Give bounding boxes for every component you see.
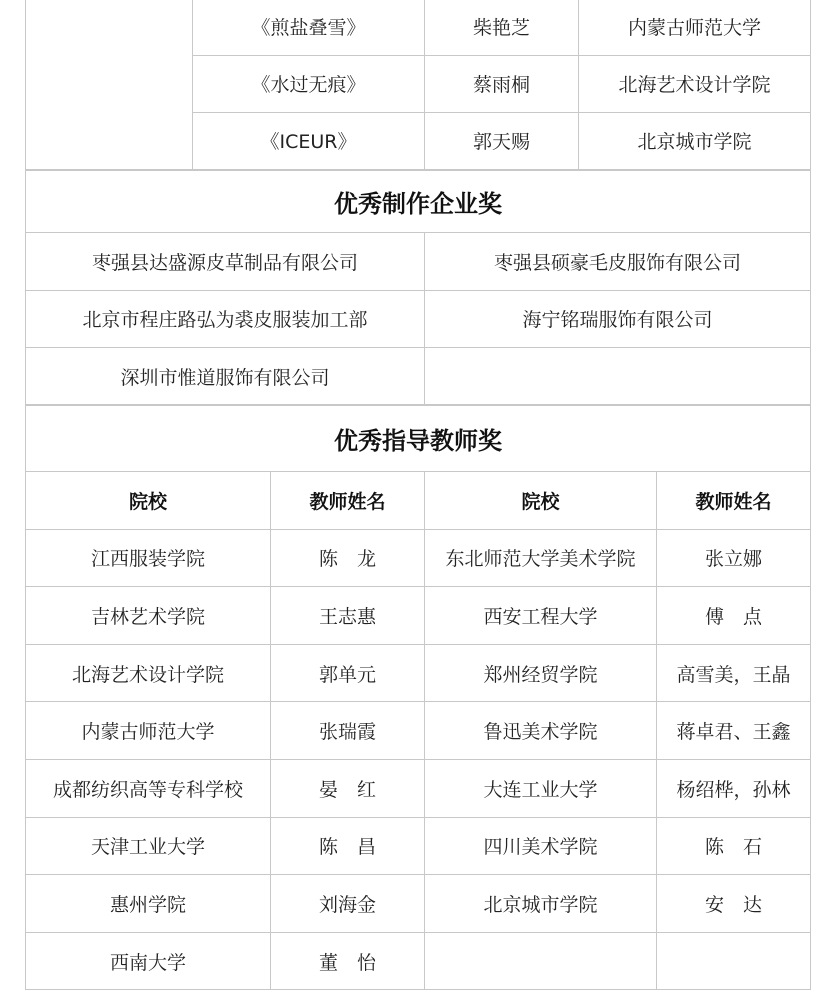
teacher-cell: 安 达 — [657, 875, 811, 933]
company-cell: 北京市程庄路弘为裘皮服装加工部 — [26, 290, 425, 348]
school-cell: 东北师范大学美术学院 — [425, 529, 657, 587]
table-row: 西南大学 董 怡 — [26, 932, 811, 990]
table-row: 江西服装学院 陈 龙 东北师范大学美术学院 张立娜 — [26, 529, 811, 587]
table-row: 成都纺织高等专科学校 晏 红 大连工业大学 杨绍桦，孙林 — [26, 759, 811, 817]
school-cell: 北京城市学院 — [425, 875, 657, 933]
teacher-cell: 蒋卓君、王鑫 — [657, 702, 811, 760]
school-cell: 北海艺术设计学院 — [26, 644, 271, 702]
company-cell: 枣强县硕豪毛皮服饰有限公司 — [425, 233, 811, 291]
table-row: 天津工业大学 陈 昌 四川美术学院 陈 石 — [26, 817, 811, 875]
column-header-school: 院校 — [26, 472, 271, 530]
school-cell: 内蒙古师范大学 — [579, 0, 811, 55]
school-cell: 惠州学院 — [26, 875, 271, 933]
school-cell: 鲁迅美术学院 — [425, 702, 657, 760]
teacher-cell: 董 怡 — [271, 932, 425, 990]
teacher-award-table: 优秀指导教师奖 院校 教师姓名 院校 教师姓名 江西服装学院 陈 龙 东北师范大… — [25, 404, 811, 990]
teacher-cell — [657, 932, 811, 990]
school-cell: 四川美术学院 — [425, 817, 657, 875]
work-title-cell: 《水过无痕》 — [193, 55, 425, 112]
teacher-cell: 郭单元 — [271, 644, 425, 702]
work-title-cell: 《煎盐叠雪》 — [193, 0, 425, 55]
table-row: 北海艺术设计学院 郭单元 郑州经贸学院 高雪美，王晶 — [26, 644, 811, 702]
school-cell: 吉林艺术学院 — [26, 587, 271, 645]
author-cell: 柴艳芝 — [425, 0, 579, 55]
company-cell: 深圳市惟道服饰有限公司 — [26, 348, 425, 406]
table-row: 《煎盐叠雪》 柴艳芝 内蒙古师范大学 — [26, 0, 811, 55]
table-row: 内蒙古师范大学 张瑞霞 鲁迅美术学院 蒋卓君、王鑫 — [26, 702, 811, 760]
school-cell: 江西服装学院 — [26, 529, 271, 587]
school-cell: 北京城市学院 — [579, 112, 811, 169]
teacher-cell: 陈 昌 — [271, 817, 425, 875]
column-header-teacher: 教师姓名 — [657, 472, 811, 530]
works-table: 《煎盐叠雪》 柴艳芝 内蒙古师范大学 《水过无痕》 蔡雨桐 北海艺术设计学院 《… — [25, 0, 811, 170]
section-title: 优秀制作企业奖 — [26, 171, 811, 233]
school-cell: 北海艺术设计学院 — [579, 55, 811, 112]
company-cell: 枣强县达盛源皮草制品有限公司 — [26, 233, 425, 291]
section-title-row: 优秀制作企业奖 — [26, 171, 811, 233]
section-title-row: 优秀指导教师奖 — [26, 405, 811, 472]
teacher-cell: 陈 龙 — [271, 529, 425, 587]
table-row: 北京市程庄路弘为裘皮服装加工部 海宁铭瑞服饰有限公司 — [26, 290, 811, 348]
teacher-cell: 张瑞霞 — [271, 702, 425, 760]
column-header-teacher: 教师姓名 — [271, 472, 425, 530]
company-cell: 海宁铭瑞服饰有限公司 — [425, 290, 811, 348]
table-row: 吉林艺术学院 王志惠 西安工程大学 傅 点 — [26, 587, 811, 645]
school-cell: 成都纺织高等专科学校 — [26, 759, 271, 817]
school-cell: 内蒙古师范大学 — [26, 702, 271, 760]
teacher-cell: 高雪美，王晶 — [657, 644, 811, 702]
column-header-school: 院校 — [425, 472, 657, 530]
table-row: 惠州学院 刘海金 北京城市学院 安 达 — [26, 875, 811, 933]
school-cell: 郑州经贸学院 — [425, 644, 657, 702]
company-cell — [425, 348, 811, 406]
teacher-cell: 张立娜 — [657, 529, 811, 587]
school-cell: 天津工业大学 — [26, 817, 271, 875]
school-cell: 西安工程大学 — [425, 587, 657, 645]
table-row: 深圳市惟道服饰有限公司 — [26, 348, 811, 406]
merged-empty-cell — [26, 0, 193, 169]
teacher-cell: 傅 点 — [657, 587, 811, 645]
work-title-cell: 《ICEUR》 — [193, 112, 425, 169]
header-row: 院校 教师姓名 院校 教师姓名 — [26, 472, 811, 530]
teacher-cell: 王志惠 — [271, 587, 425, 645]
table-row: 枣强县达盛源皮草制品有限公司 枣强县硕豪毛皮服饰有限公司 — [26, 233, 811, 291]
teacher-cell: 晏 红 — [271, 759, 425, 817]
teacher-cell: 陈 石 — [657, 817, 811, 875]
teacher-cell: 刘海金 — [271, 875, 425, 933]
school-cell: 西南大学 — [26, 932, 271, 990]
school-cell: 大连工业大学 — [425, 759, 657, 817]
school-cell — [425, 932, 657, 990]
author-cell: 郭天赐 — [425, 112, 579, 169]
enterprise-award-table: 优秀制作企业奖 枣强县达盛源皮草制品有限公司 枣强县硕豪毛皮服饰有限公司 北京市… — [25, 170, 811, 406]
teacher-cell: 杨绍桦，孙林 — [657, 759, 811, 817]
section-title: 优秀指导教师奖 — [26, 405, 811, 472]
author-cell: 蔡雨桐 — [425, 55, 579, 112]
